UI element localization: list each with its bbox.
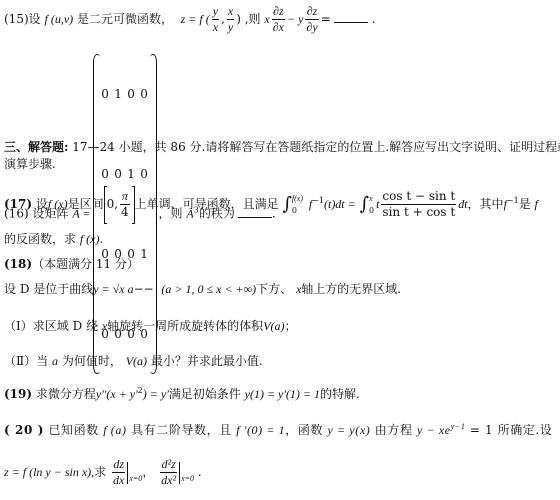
section-title: 三、解答题: [4,140,68,154]
problem-15: (15)设 f (u,v) 是二元可微函数， z = f (yx,xy) ,则 … [4,4,375,35]
fraction: xy [227,4,234,35]
problem-number: (15) [4,12,29,26]
problem-19: (19) 求微分方程y''(x + y'2) = y'满足初始条件 y(1) =… [4,386,360,402]
problem-number: (19) [4,387,32,401]
partial-derivative: ∂z∂x [272,4,285,35]
problem-number: ( 20 ) [4,423,44,437]
problem-18-part1: （Ⅰ）求区域 D 绕 x轴旋转一周所成旋转体的体积V(a)； [4,318,297,334]
problem-number: (17) [4,197,32,211]
problem-18: 设 D 是位于曲线y = √x a−− (a > 1, 0 ≤ x < +∞)下… [4,281,401,297]
problem-18-header: (18)（本题满分 11 分） [4,256,139,272]
problem-20-line2: z = f (ln y − sin x),求 dzdxx=0， d²zdx²x=… [4,452,202,492]
problem-20: ( 20 ) 已知函数 f (a) 具有二阶导数，且 f '(0) = 1，函数… [4,422,552,438]
section-instructions: 演算步骤. [4,156,56,172]
partial-derivative: ∂z∂y [305,4,318,35]
problem-18-part2: （Ⅱ）当 a 为何值时， V(a) 最小？并求此最小值. [4,353,263,369]
answer-blank [334,10,368,23]
problem-17-line2: 的反函数，求 f (x). [4,231,103,247]
fraction: yx [212,4,219,35]
problem-17: (17) 设f (x)是区间0,π4上单调、可导函数，且满足 ∫f(x)0 f−… [4,184,538,225]
problem-number: (18) [4,257,32,271]
section-heading: 三、解答题: 17—24 小题，共 86 分.请将解答写在答题纸指定的位置上.解… [4,139,560,155]
